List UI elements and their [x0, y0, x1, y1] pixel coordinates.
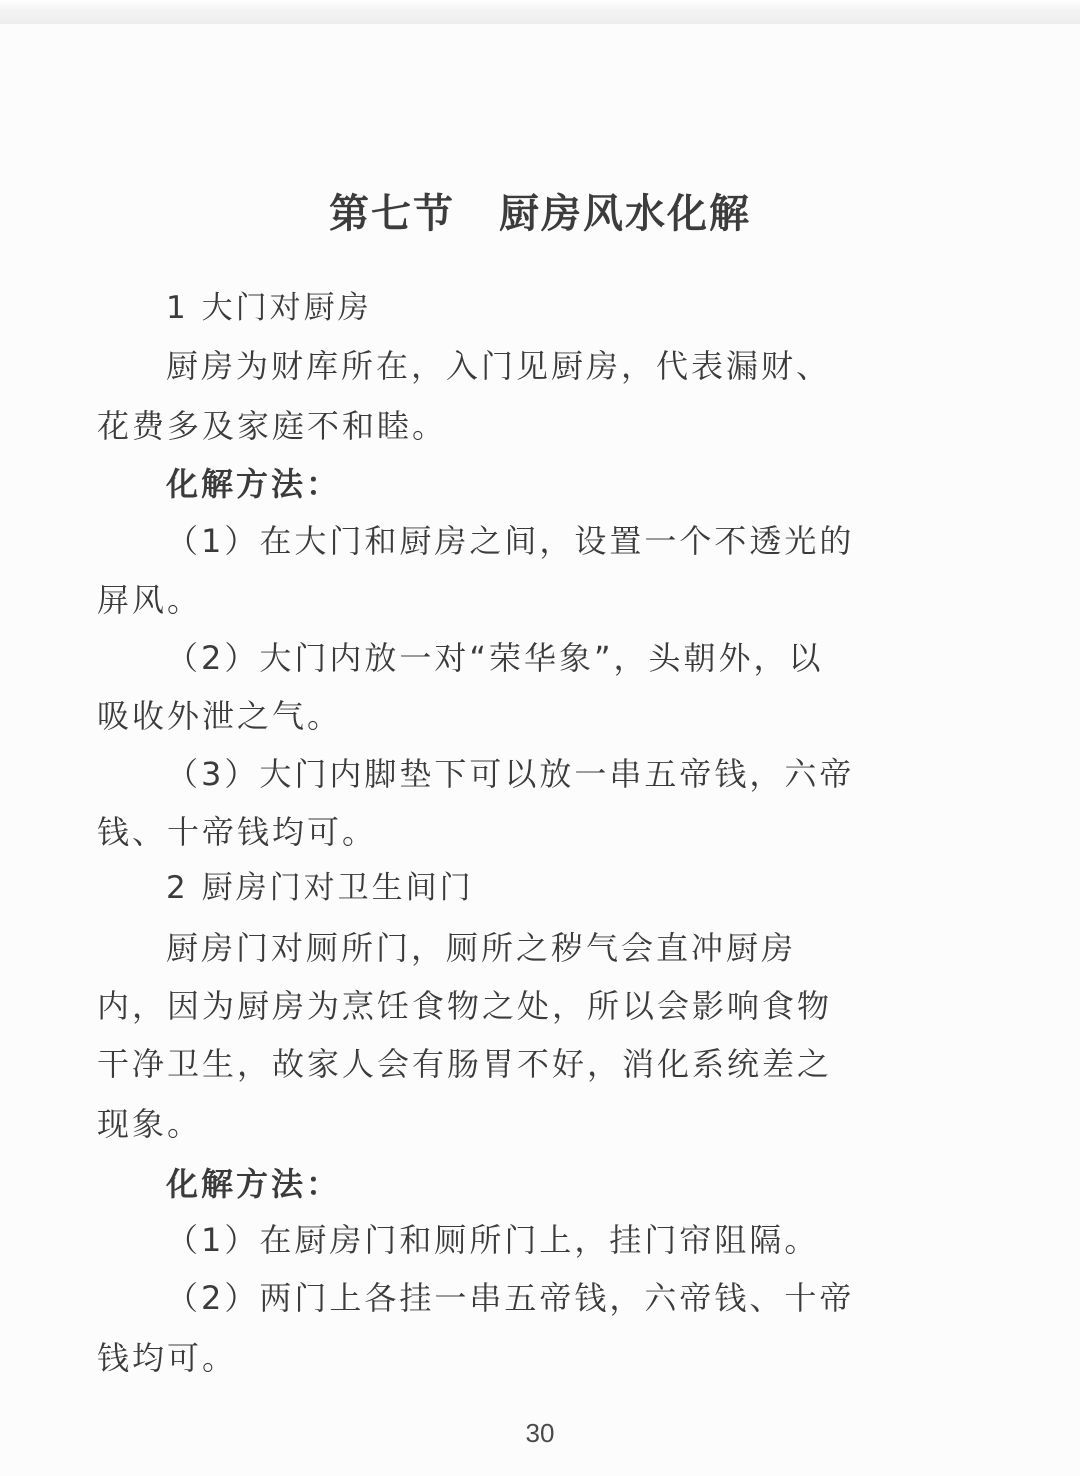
paragraph-line: 现象。 — [97, 1104, 202, 1144]
section-number: 第七节 — [329, 190, 455, 237]
page-number: 30 — [0, 1418, 1080, 1449]
remedy-item-line: （2）两门上各挂一串五帝钱，六帝钱、十帝 — [166, 1278, 854, 1318]
remedy-item-line: 吸收外泄之气。 — [97, 696, 342, 736]
page-title: 第七节厨房风水化解 — [0, 182, 1080, 239]
paragraph-line: 干净卫生，故家人会有肠胃不好，消化系统差之 — [97, 1044, 832, 1084]
remedy-item-line: （1）在大门和厨房之间，设置一个不透光的 — [166, 521, 854, 561]
remedy-item-line: 屏风。 — [97, 580, 202, 620]
remedy-item-line: 钱、十帝钱均可。 — [97, 812, 377, 852]
remedy-item-line: 钱均可。 — [97, 1338, 237, 1378]
remedy-label-2: 化解方法： — [166, 1164, 341, 1204]
top-edge-shadow — [0, 0, 1080, 24]
remedy-item-line: （3）大门内脚垫下可以放一串五帝钱，六帝 — [166, 754, 854, 794]
section-title: 厨房风水化解 — [499, 190, 751, 237]
paragraph-line: 花费多及家庭不和睦。 — [97, 406, 447, 446]
paragraph-line: 厨房门对厕所门，厕所之秽气会直冲厨房 — [166, 928, 796, 968]
remedy-item-line: （2）大门内放一对“荣华象”，头朝外，以 — [166, 638, 824, 678]
paragraph-line: 内，因为厨房为烹饪食物之处，所以会影响食物 — [97, 986, 832, 1026]
subsection-heading-1: 1 大门对厨房 — [166, 288, 372, 328]
remedy-label-1: 化解方法： — [166, 464, 341, 504]
subsection-heading-2: 2 厨房门对卫生间门 — [166, 868, 474, 908]
paragraph-line: 厨房为财库所在，入门见厨房，代表漏财、 — [166, 346, 831, 386]
remedy-item-line: （1）在厨房门和厕所门上，挂门帘阻隔。 — [166, 1220, 819, 1260]
